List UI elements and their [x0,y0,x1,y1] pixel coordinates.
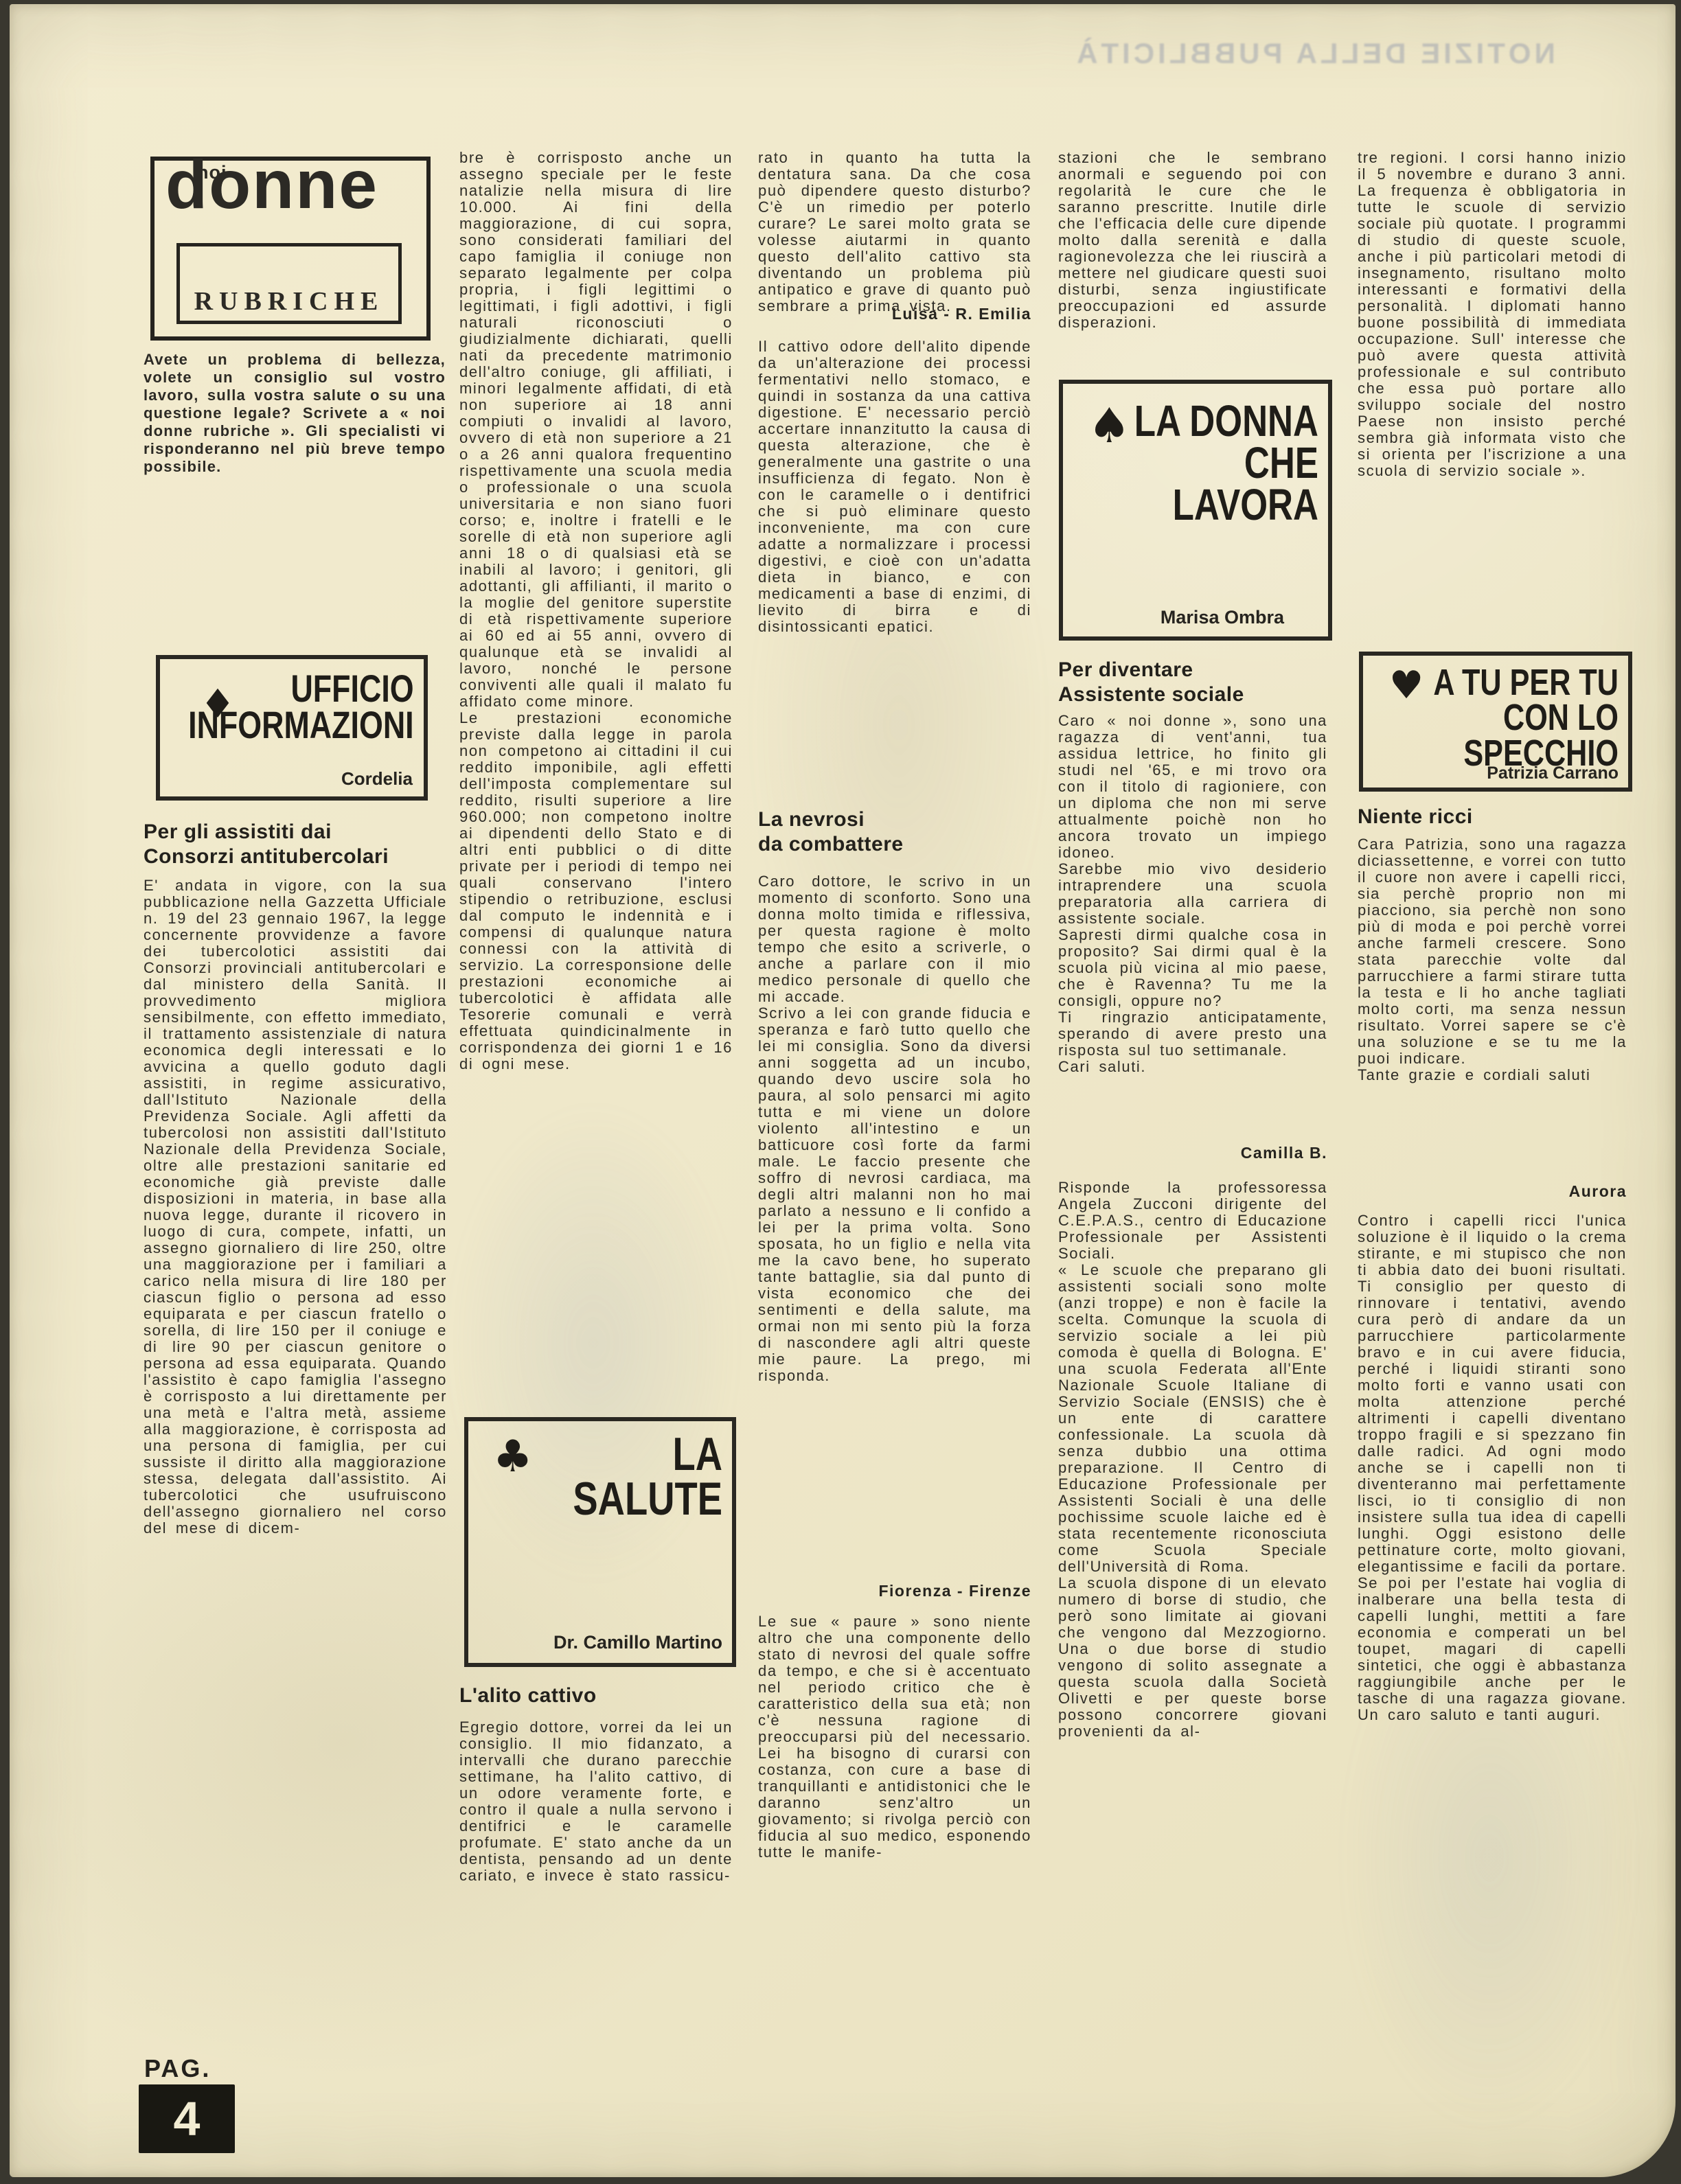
rubric-title-line: INFORMAZIONI [189,706,415,743]
masthead-intro: Avete un problema di bellezza, volete un… [144,351,446,476]
magazine-page: NOTIZIE DELLA PUBBLICITÀ noi donne RUBRI… [10,4,1676,2177]
rubric-curator: Patrizia Carrano [1487,763,1619,783]
rubric-la-donna-che-lavora: ♠ LA DONNA CHE LAVORA Marisa Ombra [1059,380,1332,641]
rubric-curator: Marisa Ombra [1160,607,1284,628]
letter-nevrosi: Caro dottore, le scrivo in un momento di… [758,873,1031,1580]
article-body-consorzi-col1: E' andata in vigore, con la sua pubblica… [144,877,447,1866]
masthead-box: noi donne RUBRICHE [150,157,431,341]
bleedthrough-text: NOTIZIE DELLA PUBBLICITÀ [971,37,1658,70]
reply-alito: Il cattivo odore dell'alito dipende da u… [758,338,1031,785]
article-heading-alito: L'alito cattivo [459,1683,733,1708]
article-heading-consorzi: Per gli assistiti dai Consorzi antituber… [144,820,446,869]
club-suit-icon: ♣ [493,1435,532,1479]
article-heading-assistente: Per diventare Assistente sociale [1058,658,1327,707]
letter-assistente: Caro « noi donne », sono una ragazza di … [1058,713,1327,1138]
rubric-title-line: LA [573,1432,722,1477]
article-heading-ricci: Niente ricci [1358,805,1627,829]
rubric-title: A TU PER TU CON LO SPECCHIO [1414,665,1619,771]
rubric-title-line: LA DONNA [1114,400,1318,442]
reply-nevrosi-col3: Le sue « paure » sono niente altro che u… [758,1613,1031,1902]
letter-signature: Camilla B. [1058,1144,1327,1162]
rubric-la-salute: ♣ LA SALUTE Dr. Camillo Martino [464,1417,736,1667]
reply-assistente-col5: tre regioni. I corsi hanno inizio il 5 n… [1358,150,1627,641]
rubric-title: UFFICIO INFORMAZIONI [189,670,415,743]
letter-alito-col2: Egregio dottore, vorrei da lei un consig… [459,1719,733,1925]
rubric-title-line: A TU PER TU [1414,665,1619,700]
letter-ricci: Cara Patrizia, sono una ragazza diciasse… [1358,836,1627,1186]
section-label: RUBRICHE [194,286,385,321]
rubric-title: LA SALUTE [573,1432,722,1521]
rubric-title-line: SALUTE [573,1477,722,1521]
rubric-title-line: CHE LAVORA [1114,442,1318,526]
rubric-curator: Dr. Camillo Martino [553,1632,722,1653]
rubric-title-line: CON LO SPECCHIO [1414,700,1619,771]
rubric-a-tu-per-tu: ♥ A TU PER TU CON LO SPECCHIO Patrizia C… [1359,652,1632,792]
page-number: 4 [174,2091,201,2146]
letter-signature: Luisa - R. Emilia [758,305,1031,323]
letter-signature: Fiorenza - Firenze [758,1582,1031,1600]
letter-alito-col3: rato in quanto ha tutta la dentatura san… [758,150,1031,314]
rubric-title: LA DONNA CHE LAVORA [1114,400,1318,525]
letter-signature: Aurora [1358,1182,1627,1201]
rubric-ufficio-informazioni: ♦ UFFICIO INFORMAZIONI Cordelia [156,655,428,801]
reply-nevrosi-col4: stazioni che le sembrano anormali e segu… [1058,150,1327,356]
article-body-consorzi-col2: bre è corrisposto anche un assegno speci… [459,150,733,1410]
article-heading-nevrosi: La nevrosi da combattere [758,807,1031,857]
page-number-box: 4 [139,2084,235,2153]
rubric-curator: Cordelia [341,768,413,790]
reply-assistente-col4: Risponde la professoressa Angela Zucconi… [1058,1180,1327,2024]
page-label: PAG. [144,2054,211,2083]
section-box: RUBRICHE [176,243,402,324]
scanned-page-background: NOTIZIE DELLA PUBBLICITÀ noi donne RUBRI… [0,0,1681,2184]
brand-donne-logo: donne [165,146,378,225]
rubric-title-line: UFFICIO [189,670,415,706]
reply-ricci: Contro i capelli ricci l'unica soluzione… [1358,1212,1627,1872]
